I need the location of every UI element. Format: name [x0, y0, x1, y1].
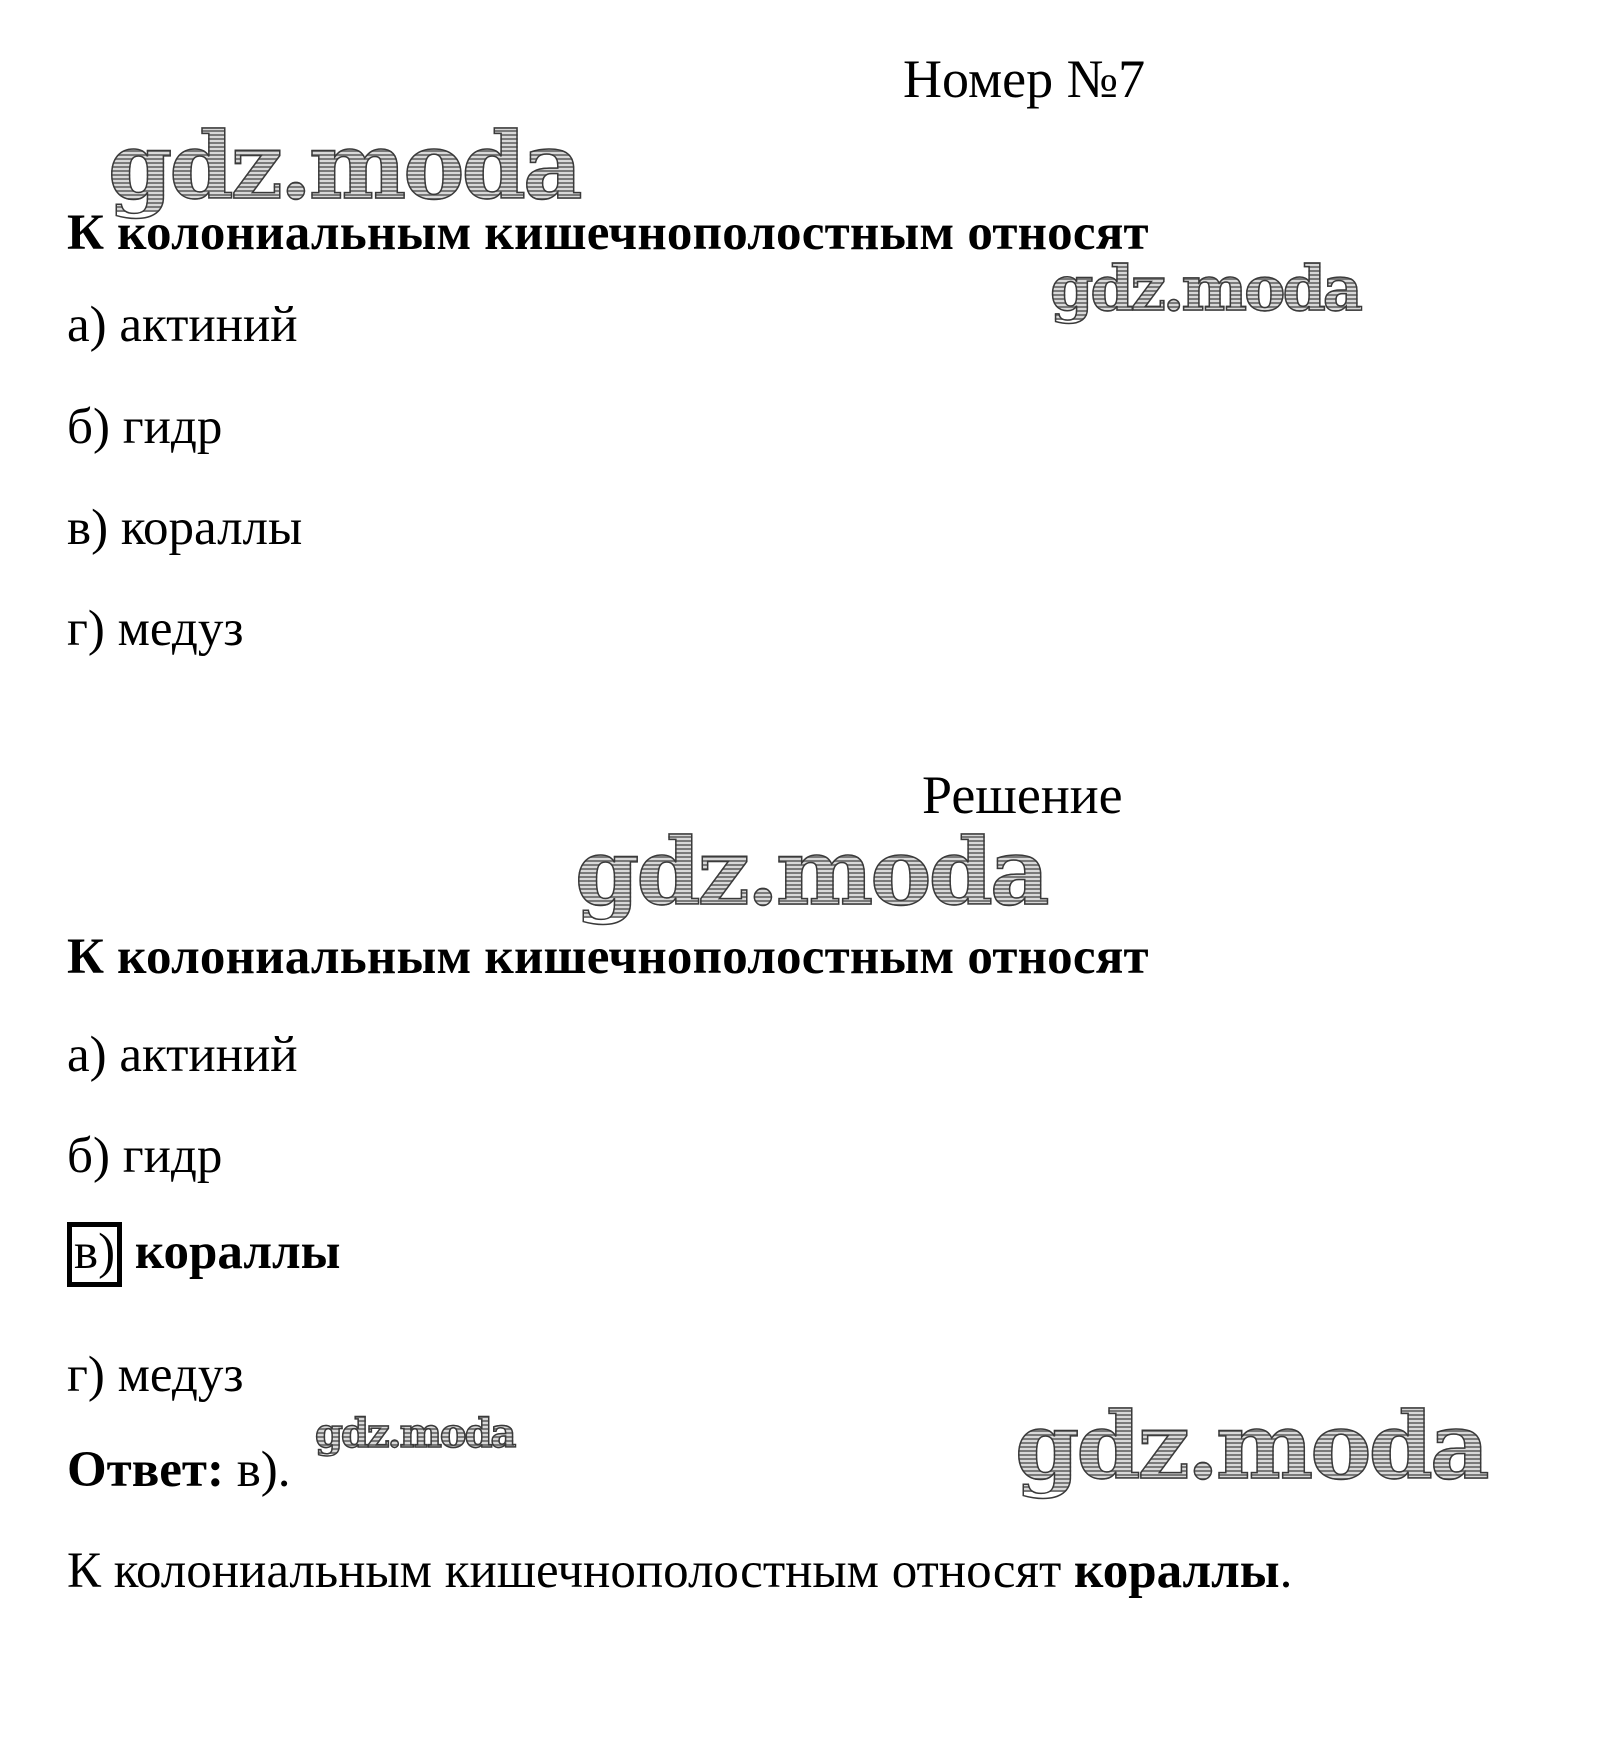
solution-option-c-correct: в) кораллы [67, 1222, 340, 1287]
option-text: медуз [118, 1347, 244, 1403]
explanation-sentence: К колониальным кишечнополостным относят … [67, 1546, 1292, 1597]
task-question: К колониальным кишечнополостным относят [67, 208, 1149, 259]
explanation-bold-term: кораллы [1074, 1543, 1280, 1599]
option-text: гидр [123, 1128, 223, 1184]
answer-line: Ответ: в). [67, 1445, 291, 1496]
answer-value: в). [237, 1442, 291, 1498]
solution-option-d: г) медуз [67, 1350, 244, 1401]
option-letter: в) [67, 500, 108, 556]
watermark-logo: gdz.moda [1015, 1400, 1487, 1492]
task-option-c: в) кораллы [67, 503, 302, 554]
option-text: актиний [119, 297, 297, 353]
watermark-logo: gdz.moda [1050, 258, 1360, 320]
task-option-d: г) медуз [67, 604, 244, 655]
option-text: гидр [123, 399, 223, 455]
watermark-logo: gdz.moda [575, 826, 1047, 918]
option-letter: а) [67, 297, 107, 353]
solution-option-a: а) актиний [67, 1030, 298, 1081]
option-letter: а) [67, 1027, 107, 1083]
option-text: актиний [119, 1027, 297, 1083]
watermark-logo: gdz.moda [108, 120, 580, 212]
problem-number-title: Номер №7 [903, 52, 1145, 106]
solution-option-b: б) гидр [67, 1131, 222, 1182]
selected-answer-box: в) [67, 1222, 122, 1287]
solution-heading: Решение [922, 768, 1123, 822]
task-option-a: а) актиний [67, 300, 298, 351]
task-option-b: б) гидр [67, 402, 222, 453]
answer-label: Ответ: [67, 1442, 224, 1498]
option-text: кораллы [121, 500, 302, 556]
option-text-bold: кораллы [135, 1224, 341, 1280]
explanation-period: . [1280, 1543, 1293, 1599]
option-text: медуз [118, 601, 244, 657]
option-letter: г) [67, 601, 105, 657]
option-letter: г) [67, 1347, 105, 1403]
option-letter: б) [67, 399, 110, 455]
solution-question: К колониальным кишечнополостным относят [67, 932, 1149, 983]
watermark-logo: gdz.moda [315, 1414, 514, 1454]
option-letter: б) [67, 1128, 110, 1184]
explanation-text: К колониальным кишечнополостным относят [67, 1543, 1074, 1599]
